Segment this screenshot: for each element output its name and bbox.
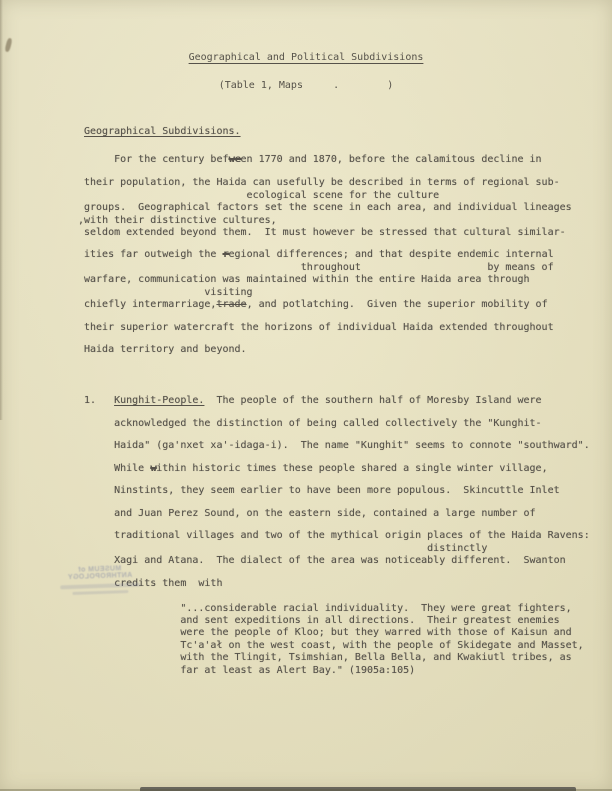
text-segment: en 1770 and 1870, before the calamitous … bbox=[241, 154, 542, 165]
block-heading: Geographical Subdivisions. bbox=[84, 126, 612, 137]
text-segment: Kunghit-People. bbox=[114, 395, 204, 406]
typed-line: Xagi and Atana. The dialect of the area … bbox=[114, 555, 612, 566]
text-segment: warfare, communication was maintained wi… bbox=[84, 274, 530, 285]
text-segment: chiefly intermarriage, bbox=[84, 299, 216, 310]
text-segment: Haida" (ga'nxet xa'-idaga-i). The name "… bbox=[114, 440, 590, 451]
stamp-text: MUSEUM of ANTHROPOLOGY bbox=[50, 564, 150, 581]
page-title: Geographical and Political Subdivisions bbox=[189, 52, 424, 64]
text-segment: throughout by means of bbox=[301, 262, 554, 273]
page-subtitle: (Table 1, Maps . ) bbox=[0, 80, 612, 92]
typed-line: their superior watercraft the horizons o… bbox=[84, 322, 612, 333]
typed-line: Haida" (ga'nxet xa'-idaga-i). The name "… bbox=[114, 440, 612, 451]
typed-line: acknowledged the distinction of being ca… bbox=[114, 418, 612, 429]
text-segment: were the people of Kloo; but they warred… bbox=[180, 627, 571, 638]
scanned-page: Geographical and Political Subdivisions … bbox=[0, 0, 612, 791]
typed-line: Haida territory and beyond. bbox=[84, 344, 612, 355]
typed-line: far at least as Alert Bay." (1905a:105) bbox=[180, 665, 612, 677]
typed-line: their population, the Haida can usefully… bbox=[84, 177, 612, 188]
block-quote1: "...considerable racial individuality. T… bbox=[84, 603, 612, 677]
inserted-correction-line: ,with their distinctive cultures, bbox=[78, 215, 612, 226]
stamp-illegible-line bbox=[60, 583, 140, 590]
ink-stamp-bleedthrough: MUSEUM of ANTHROPOLOGY bbox=[50, 564, 151, 595]
typed-line: traditional villages and two of the myth… bbox=[114, 530, 612, 541]
text-segment: "...considerable racial individuality. T… bbox=[180, 603, 571, 614]
text-segment: visiting bbox=[204, 287, 252, 298]
text-segment: Geographical Subdivisions. bbox=[84, 126, 241, 137]
text-segment: groups. Geographical factors set the sce… bbox=[84, 202, 572, 213]
typed-line: Geographical Subdivisions. bbox=[84, 126, 612, 137]
text-segment: Ninstints, they seem earlier to have bee… bbox=[114, 485, 560, 496]
typed-line: chiefly intermarriage,trade, and potlatc… bbox=[84, 299, 612, 310]
typed-line: Ninstints, they seem earlier to have bee… bbox=[114, 485, 612, 496]
typed-line: "...considerable racial individuality. T… bbox=[180, 603, 612, 615]
text-segment: with the Tlingit, Tsimshian, Bella Bella… bbox=[180, 652, 571, 663]
typed-line: warfare, communication was maintained wi… bbox=[84, 274, 612, 285]
text-segment: their population, the Haida can usefully… bbox=[84, 177, 560, 188]
text-segment: ities far outweigh the bbox=[84, 249, 222, 260]
text-segment: ithin historic times these people shared… bbox=[156, 463, 547, 474]
typed-line: and sent expeditions in all directions. … bbox=[180, 615, 612, 627]
inserted-correction-line: throughout by means of bbox=[301, 262, 612, 273]
text-segment: Xagi and Atana. The dialect of the area … bbox=[114, 555, 566, 566]
text-segment: Tc'a'ał on the west coast, with the peop… bbox=[180, 640, 583, 651]
text-segment: The people of the southern half of Mores… bbox=[204, 395, 541, 406]
document-body: Geographical Subdivisions.For the centur… bbox=[84, 126, 612, 677]
typed-line: While within historic times these people… bbox=[114, 463, 612, 474]
text-segment: Haida territory and beyond. bbox=[84, 344, 247, 355]
text-segment: their superior watercraft the horizons o… bbox=[84, 322, 554, 333]
typed-line: and Juan Perez Sound, on the eastern sid… bbox=[114, 508, 612, 519]
typed-line: For the century befween 1770 and 1870, b… bbox=[114, 154, 612, 165]
text-segment: far at least as Alert Bay." (1905a:105) bbox=[180, 665, 415, 676]
text-segment: we bbox=[228, 154, 240, 165]
inserted-correction-line: visiting bbox=[204, 287, 612, 298]
block-para1: For the century befween 1770 and 1870, b… bbox=[84, 154, 612, 355]
typed-line: Tc'a'ał on the west coast, with the peop… bbox=[180, 640, 612, 652]
text-segment: For the century bef bbox=[114, 154, 228, 165]
text-segment: distinctly bbox=[427, 543, 487, 554]
text-segment: and sent expeditions in all directions. … bbox=[180, 615, 559, 626]
paper-speck bbox=[4, 38, 12, 53]
typed-line: groups. Geographical factors set the sce… bbox=[84, 202, 612, 213]
text-segment: trade bbox=[216, 299, 246, 310]
typed-line: seldom extended beyond them. It must how… bbox=[84, 227, 612, 238]
typed-line: with the Tlingit, Tsimshian, Bella Bella… bbox=[180, 652, 612, 664]
typed-line: 1. Kunghit-People. The people of the sou… bbox=[84, 395, 612, 406]
text-segment: seldom extended beyond them. It must how… bbox=[84, 227, 566, 238]
inserted-correction-line: ecological scene for the culture bbox=[247, 190, 612, 201]
typed-line: credits them with bbox=[114, 578, 612, 589]
page-header: Geographical and Political Subdivisions … bbox=[0, 52, 612, 92]
text-segment: and Juan Perez Sound, on the eastern sid… bbox=[114, 508, 535, 519]
text-segment: While bbox=[114, 463, 150, 474]
typed-line: were the people of Kloo; but they warred… bbox=[180, 627, 612, 639]
text-segment: egional differences; and that despite en… bbox=[229, 249, 554, 260]
text-segment: 1. bbox=[84, 395, 114, 406]
inserted-correction-line: distinctly bbox=[427, 543, 612, 554]
text-segment: traditional villages and two of the myth… bbox=[114, 530, 590, 541]
text-segment: , and potlatching. Given the superior mo… bbox=[247, 299, 548, 310]
text-segment: ecological scene for the culture bbox=[247, 190, 440, 201]
text-segment: acknowledged the distinction of being ca… bbox=[114, 418, 541, 429]
block-section1: 1. Kunghit-People. The people of the sou… bbox=[84, 395, 612, 589]
typed-line: ities far outweigh the regional differen… bbox=[84, 249, 612, 260]
text-segment: ,with their distinctive cultures, bbox=[78, 215, 277, 226]
